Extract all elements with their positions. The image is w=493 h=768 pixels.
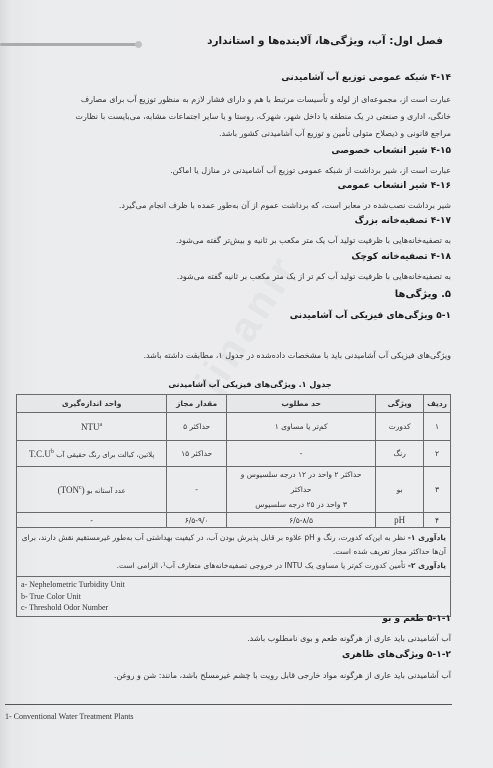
section-4-16-heading: ۴-۱۶ شیر انشعاب عمومی [338,181,451,191]
col-header-allowed-value: مقدار مجاز [167,395,227,413]
section-4-18-body: به تصفیه‌خانه‌هایی با ظرفیت تولید آب کم … [177,268,451,285]
section-5-1-1-heading: ۵-۱-۱ طعم و بو [382,614,451,624]
table-header-row: ردیف ویژگی حد مطلوب مقدار مجاز واحد اندا… [17,395,451,413]
col-header-unit: واحد اندازه‌گیری [17,395,167,413]
table-footnotes-row: a- Nephelometric Turbidity Unit b- True … [17,577,451,617]
section-4-17-heading: ۴-۱۷ تصفیه‌خانه بزرگ [355,216,451,226]
section-5-1-2-heading: ۵-۱-۲ ویژگی‌های ظاهری [342,650,451,660]
section-4-17-body: به تصفیه‌خانه‌هایی با ظرفیت تولید آب یک … [176,232,451,249]
section-4-16-body: شیر برداشت نصب‌شده در معابر است، که بردا… [119,197,451,214]
section-4-14-body: عبارت است از، مجموعه‌ای از لوله و تأسیسا… [13,91,451,142]
section-4-15-heading: ۴-۱۵ شیر انشعاب خصوصی [331,146,451,156]
table-caption: جدول ۱. ویژگی‌های فیزیکی آب آشامیدنی [150,380,350,389]
physical-properties-table: ردیف ویژگی حد مطلوب مقدار مجاز واحد اندا… [16,394,451,617]
note-1: یادآوری ۱- نظر به این‌که کدورت، رنگ و pH… [21,531,446,559]
section-4-14-heading: ۴-۱۴ شبکه عمومی توزیع آب آشامیدنی [281,73,451,83]
table-row: ۴ pH ۶/۵-۸/۵ ۶/۵-۹/۰ - [17,513,451,528]
col-header-property: ویژگی [376,395,424,413]
section-5-1-1-body: آب آشامیدنی باید عاری از هرگونه طعم و بو… [247,630,451,647]
col-header-row-number: ردیف [424,395,451,413]
section-5-1-heading: ۵-۱ ویژگی‌های فیزیکی آب آشامیدنی [290,311,451,321]
footnote-divider [5,704,452,705]
table-notes-row: یادآوری ۱- نظر به این‌که کدورت، رنگ و pH… [17,528,451,577]
section-4-15-body: عبارت است از، شیر برداشت از شبکه عمومی ت… [170,162,451,179]
section-4-18-heading: ۴-۱۸ تصفیه‌خانه کوچک [351,252,451,262]
running-header: فصل اول: آب، ویژگی‌ها، آلاینده‌ها و استا… [0,34,493,54]
document-page: jinanir فصل اول: آب، ویژگی‌ها، آلاینده‌ه… [0,0,493,768]
section-5-1-intro: ویژگی‌های فیزیکی آب آشامیدنی باید با مشخ… [143,347,451,364]
note-2: یادآوری ۲- تأمین کدورت کم‌تر یا مساوی یک… [21,559,446,573]
section-5-heading: ۵. ویژگی‌ها [395,289,451,300]
table-row: ۲ رنگ - حداکثر ۱۵ پلاتین، کبالت برای رنگ… [17,441,451,467]
col-header-desired-limit: حد مطلوب [227,395,376,413]
chapter-title: فصل اول: آب، ویژگی‌ها، آلاینده‌ها و استا… [207,35,443,47]
table-row: ۱ کدورت کم‌تر یا مساوی ۱ حداکثر ۵ NTUa [17,413,451,441]
page-footnote: 1- Conventional Water Treatment Plants [5,712,134,721]
header-rule [0,43,138,46]
section-5-1-2-body: آب آشامیدنی باید عاری از هرگونه مواد خار… [114,667,451,684]
header-rule-dot [135,41,142,48]
table-row: ۳ بو حداکثر ۲ واحد در ۱۲ درجه سلسیوس و ح… [17,467,451,513]
